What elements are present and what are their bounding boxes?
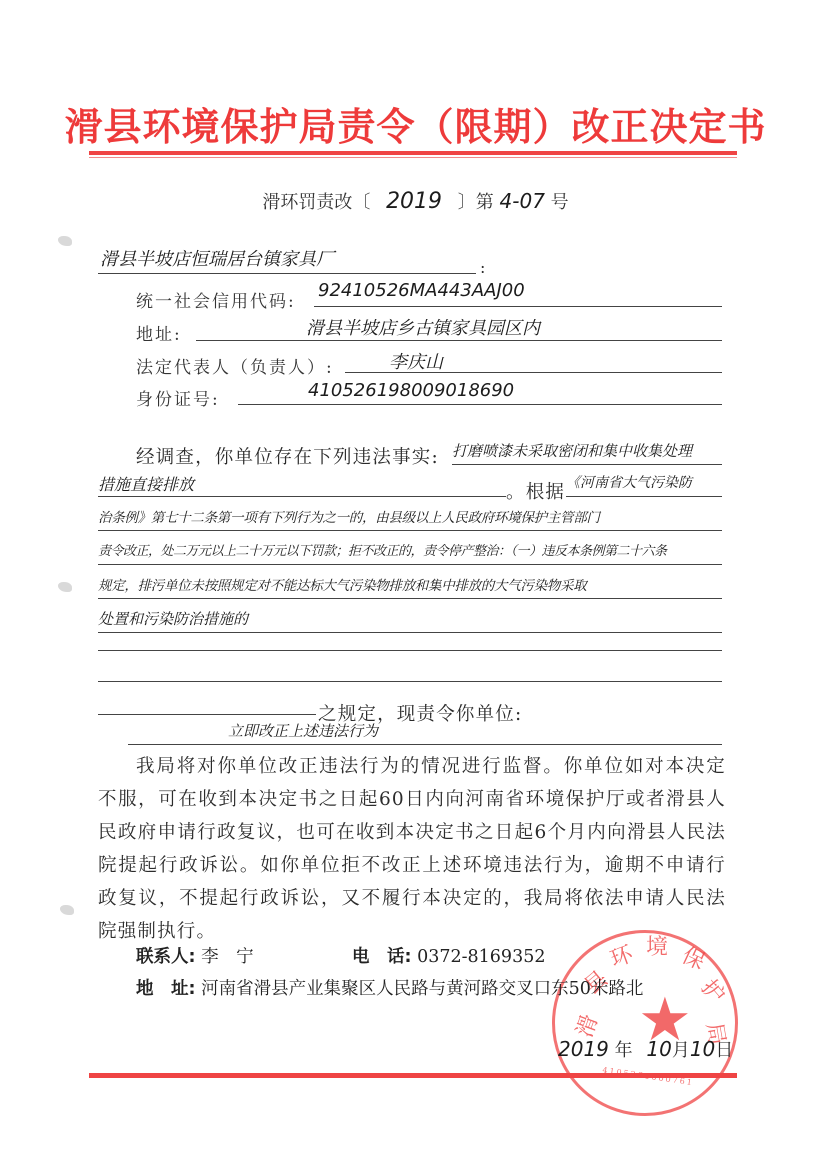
basis-text-2: 治条例》第七十二条第一项有下列行为之一的，由县级以上人民政府环境保护主管部门 (98, 510, 600, 526)
basis-line-4: 规定，排污单位未按照规定对不能达标大气污染物排放和集中排放的大气污染物采取 (98, 574, 722, 599)
recipient-line: 滑县半坡店恒瑞居台镇家具厂 (98, 245, 476, 274)
id-number-line: 410526198009018690 (238, 380, 722, 405)
scan-speck (58, 582, 72, 592)
contact-person-label: 联系人: (136, 947, 196, 967)
title-divider (89, 151, 737, 155)
date-day-char: 日 (715, 1040, 733, 1061)
document-title: 滑县环境保护局责令（限期）改正决定书 (0, 96, 831, 151)
contact-person-value: 李 宁 (201, 947, 254, 967)
doc-number-suffix: 号 (551, 192, 569, 213)
date-year: 2019 (558, 1037, 609, 1061)
contact-phone-label: 电 话: (352, 947, 412, 967)
contact-phone: 电 话: 0372-8169352 (352, 943, 545, 968)
id-number-value: 410526198009018690 (238, 380, 514, 401)
provision-blank (98, 700, 316, 715)
blank-line-2 (98, 671, 722, 682)
date-year-char: 年 (615, 1040, 633, 1061)
notice-paragraph: 我局将对你单位改正违法行为的情况进行监督。你单位如对本决定不服，可在收到本决定书… (98, 750, 726, 948)
contact-address-value: 河南省滑县产业集聚区人民路与黄河路交叉口东50米路北 (201, 979, 643, 999)
title-divider-thin (89, 157, 737, 158)
basis-text-1: 《河南省大气污染防 (566, 475, 692, 491)
credit-code-line: 92410526MA443AAJ00 (314, 280, 722, 307)
doc-number-prefix: 滑环罚责改〔 (262, 192, 370, 213)
fact-text-2: 措施直接排放 (98, 475, 194, 494)
fact-text-1: 打磨喷漆未采取密闭和集中收集处理 (452, 442, 692, 460)
blank-line-1 (98, 640, 722, 651)
facts-intro: 经调查，你单位存在下列违法事实: (136, 443, 439, 469)
seal-char: 境 (646, 930, 668, 961)
recipient-name: 滑县半坡店恒瑞居台镇家具厂 (98, 249, 334, 270)
basis-text-4: 规定，排污单位未按照规定对不能达标大气污染物排放和集中排放的大气污染物采取 (98, 578, 586, 594)
basis-text-5: 处置和污染防治措施的 (98, 610, 248, 628)
scan-speck (58, 236, 72, 246)
address-line: 滑县半坡店乡古镇家具园区内 (196, 314, 722, 341)
basis-line-2: 治条例》第七十二条第一项有下列行为之一的，由县级以上人民政府环境保护主管部门 (98, 506, 722, 531)
basis-line-5: 处置和污染防治措施的 (98, 608, 722, 633)
document-number: 滑环罚责改〔 2019 〕第 4-07 号 (0, 188, 831, 214)
id-number-label: 身份证号: (136, 385, 220, 410)
doc-year: 2019 (376, 189, 452, 214)
contact-address-label: 地 址: (136, 979, 196, 999)
fact-line-2: 措施直接排放 (98, 472, 506, 497)
fact-line-1: 打磨喷漆未采取密闭和集中收集处理 (452, 440, 722, 465)
address-label: 地址: (136, 320, 182, 345)
basis-line-1: 《河南省大气污染防 (566, 472, 722, 497)
doc-serial: 4-07 (500, 189, 545, 213)
order-line: 立即改正上述违法行为 (128, 720, 722, 745)
footer-divider (89, 1073, 737, 1078)
credit-code-value: 92410526MA443AAJ00 (314, 280, 525, 301)
contact-person: 联系人: 李 宁 (136, 943, 254, 968)
date-month: 10 (638, 1037, 671, 1061)
date-month-char: 月 (672, 1040, 690, 1061)
date-day: 10 (690, 1037, 715, 1061)
doc-number-mid: 〕第 (458, 192, 494, 213)
contact-phone-value: 0372-8169352 (417, 947, 545, 967)
credit-code-label: 统一社会信用代码: (136, 287, 296, 312)
basis-line-3: 责令改正，处二万元以上二十万元以下罚款；拒不改正的，责令停产整治：（一）违反本条… (98, 540, 722, 565)
issue-date: 2019 年 10月10日 (558, 1036, 733, 1062)
legal-rep-label: 法定代表人（负责人）: (136, 353, 334, 378)
contact-address: 地 址: 河南省滑县产业集聚区人民路与黄河路交叉口东50米路北 (136, 975, 643, 1000)
legal-rep-line: 李庆山 (345, 348, 722, 373)
legal-rep-value: 李庆山 (345, 352, 443, 373)
recipient-colon: : (480, 258, 485, 277)
address-value: 滑县半坡店乡古镇家具园区内 (196, 318, 540, 339)
scan-speck (60, 905, 74, 915)
basis-intro: 。根据 (506, 478, 565, 504)
order-value: 立即改正上述违法行为 (128, 722, 378, 740)
basis-text-3: 责令改正，处二万元以上二十万元以下罚款；拒不改正的，责令停产整治：（一）违反本条… (98, 544, 667, 559)
